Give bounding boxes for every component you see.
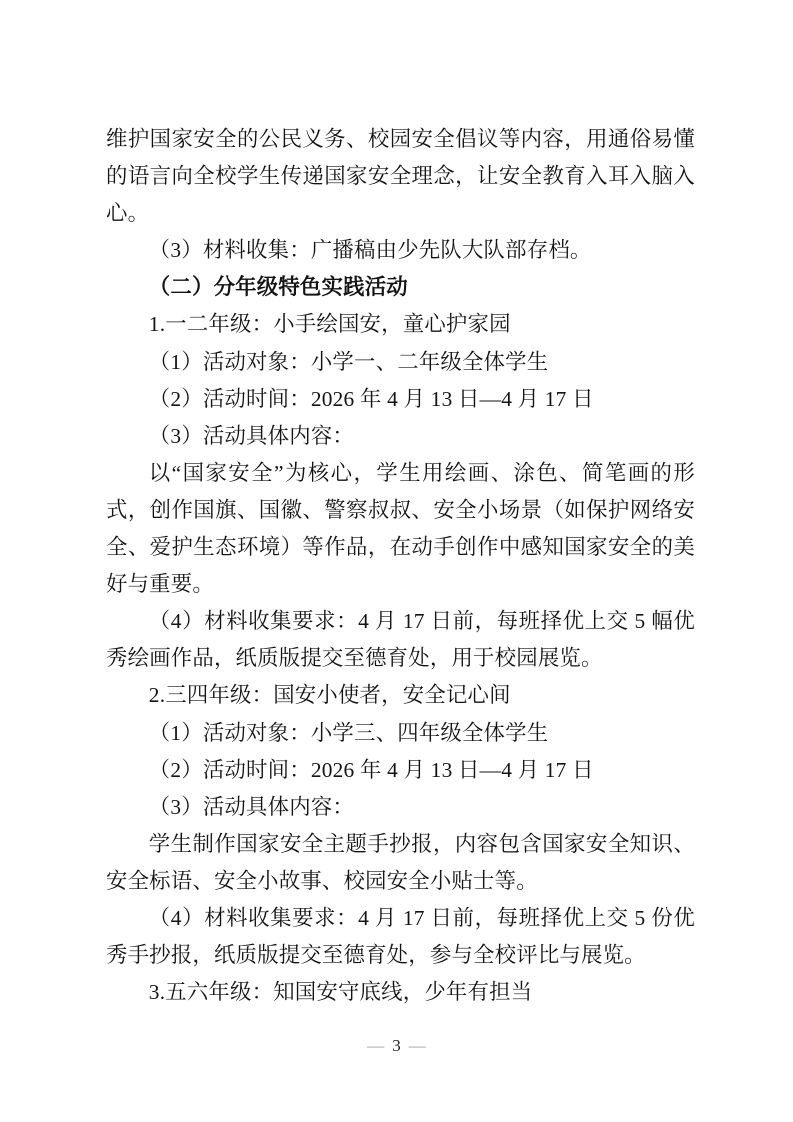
paragraph-body-continuation: 维护国家安全的公民义务、校园安全倡议等内容，用通俗易懂的语言向全校学生传递国家安…	[106, 121, 695, 232]
item-activity-time-grade-3-4: （2）活动时间：2026 年 4 月 13 日—4 月 17 日	[106, 752, 695, 789]
item-material-requirement-grade-3-4: （4）材料收集要求：4 月 17 日前，每班择优上交 5 份优秀手抄报，纸质版提…	[106, 900, 695, 974]
page-footer: —3—	[0, 1035, 793, 1057]
item-activity-target-grade-3-4: （1）活动对象：小学三、四年级全体学生	[106, 715, 695, 752]
heading-section-two-grade-activities: （二）分年级特色实践活动	[106, 269, 695, 306]
item-activity-time-grade-1-2: （2）活动时间：2026 年 4 月 13 日—4 月 17 日	[106, 381, 695, 418]
heading-grade-1-2: 1.一二年级：小手绘国安，童心护家园	[106, 306, 695, 343]
item-activity-content-label-grade-3-4: （3）活动具体内容：	[106, 789, 695, 826]
item-material-collection-broadcast: （3）材料收集：广播稿由少先队大队部存档。	[106, 232, 695, 269]
page-number: 3	[392, 1035, 401, 1057]
page-number-dash-left: —	[367, 1036, 384, 1055]
document-page: 维护国家安全的公民义务、校园安全倡议等内容，用通俗易懂的语言向全校学生传递国家安…	[0, 0, 793, 1122]
page-number-dash-right: —	[409, 1036, 426, 1055]
paragraph-activity-content-grade-3-4: 学生制作国家安全主题手抄报，内容包含国家安全知识、安全标语、安全小故事、校园安全…	[106, 826, 695, 900]
item-activity-content-label-grade-1-2: （3）活动具体内容：	[106, 418, 695, 455]
document-body: 维护国家安全的公民义务、校园安全倡议等内容，用通俗易懂的语言向全校学生传递国家安…	[106, 121, 695, 1011]
item-material-requirement-grade-1-2: （4）材料收集要求：4 月 17 日前，每班择优上交 5 幅优秀绘画作品，纸质版…	[106, 603, 695, 677]
paragraph-activity-content-grade-1-2: 以“国家安全”为核心，学生用绘画、涂色、简笔画的形式，创作国旗、国徽、警察叔叔、…	[106, 455, 695, 603]
heading-grade-3-4: 2.三四年级：国安小使者，安全记心间	[106, 677, 695, 714]
item-activity-target-grade-1-2: （1）活动对象：小学一、二年级全体学生	[106, 344, 695, 381]
heading-grade-5-6: 3.五六年级：知国安守底线，少年有担当	[106, 974, 695, 1011]
